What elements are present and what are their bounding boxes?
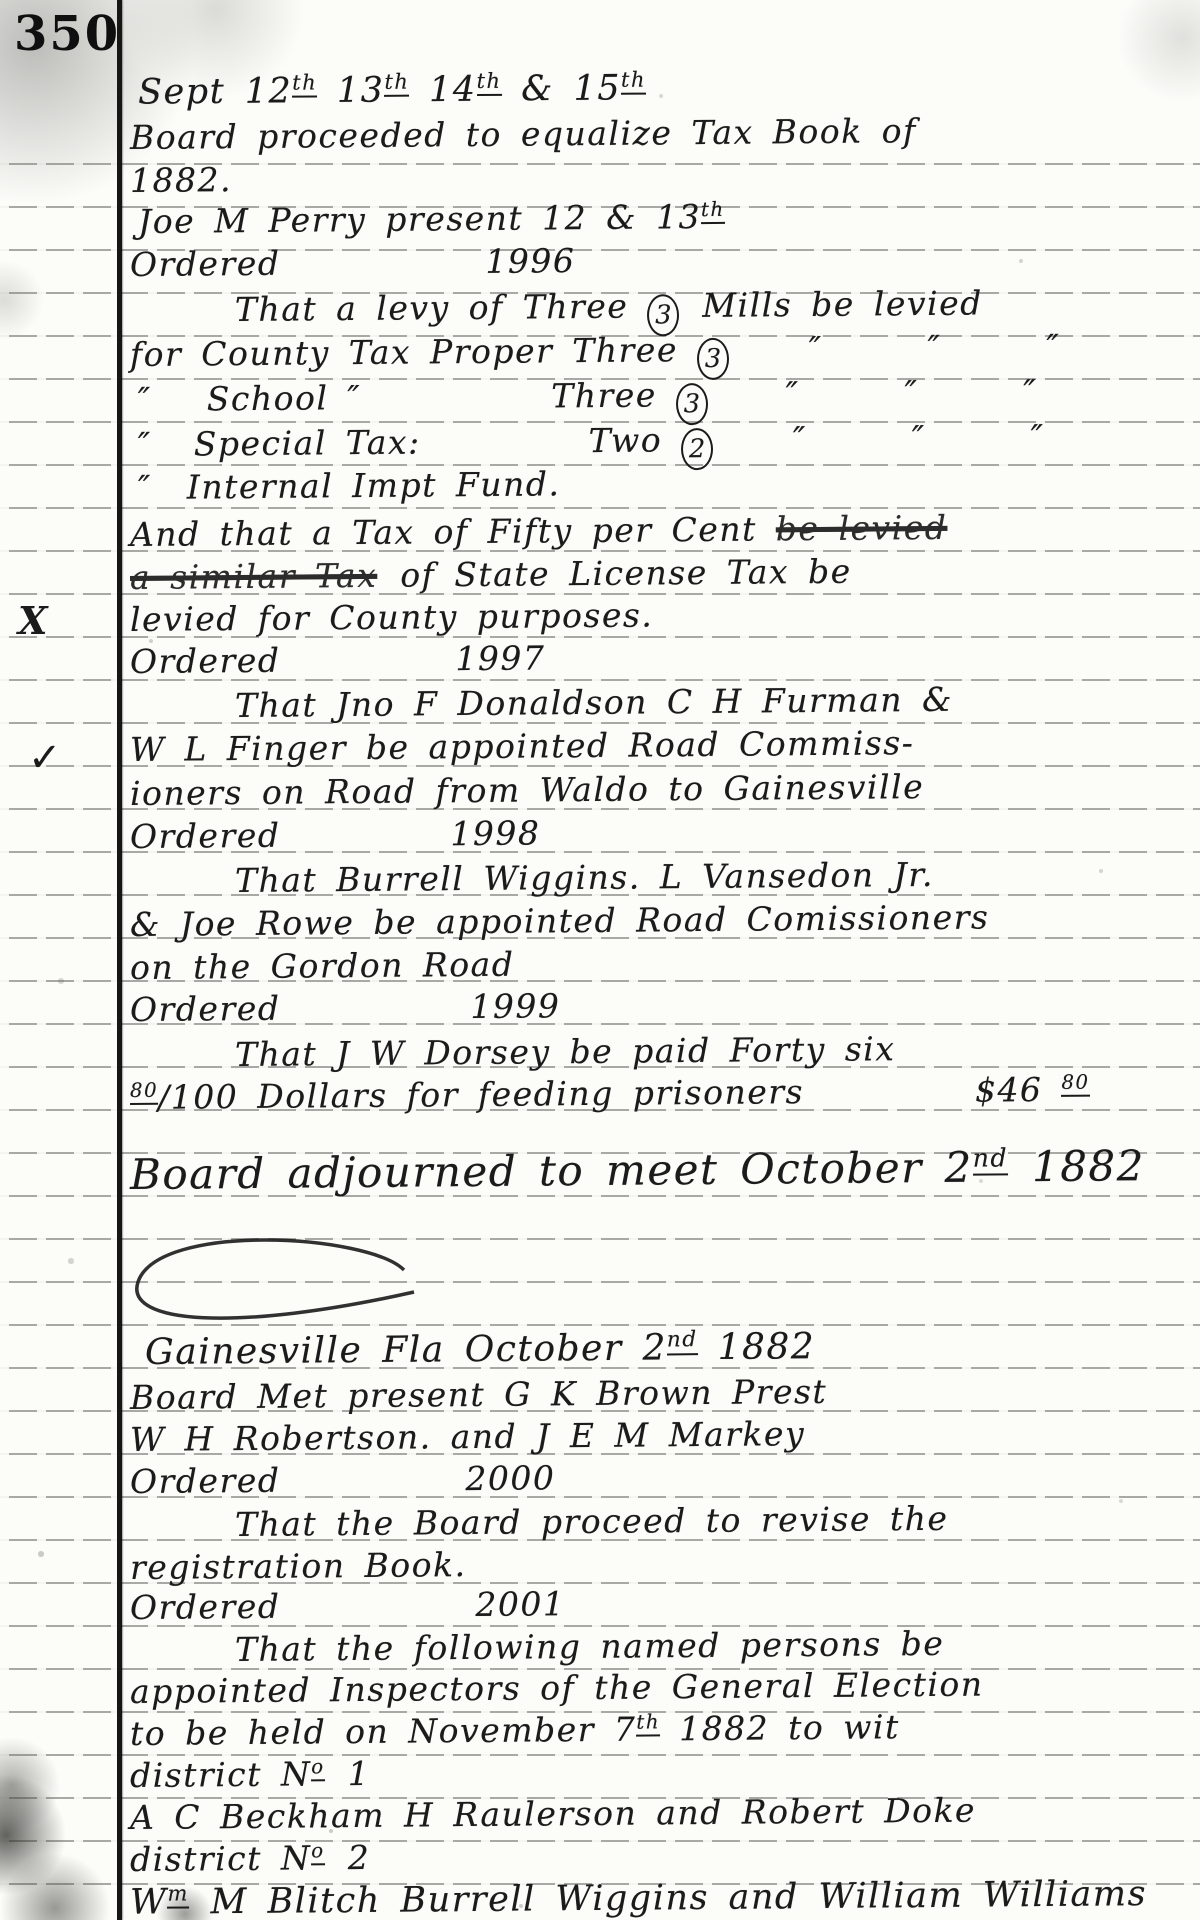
text-segment: 14 xyxy=(409,70,477,111)
text-segment: a similar Tax xyxy=(130,556,378,597)
text-segment: ″ xyxy=(793,419,807,458)
text-segment: That J W Dorsey be paid Forty six xyxy=(235,1029,896,1074)
text-segment: on the Gordon Road xyxy=(130,945,515,987)
text-segment: M Blitch Burrell Wiggins and William Wil… xyxy=(191,1874,1147,1920)
handwriting-line: registration Book. xyxy=(130,1545,467,1587)
text-segment: district N xyxy=(130,1754,312,1795)
text-segment: ″ xyxy=(1046,327,1060,366)
text-segment: Board Met present G K Brown Prest xyxy=(130,1372,828,1417)
text-segment: Special Tax: xyxy=(194,423,421,464)
text-segment: th xyxy=(621,68,646,95)
text-segment: That the Board proceed to revise the xyxy=(235,1499,949,1544)
text-segment: registration Book. xyxy=(130,1545,467,1587)
handwriting-line: Ordered1997 xyxy=(130,638,546,681)
handwriting-line: That the following named persons be xyxy=(235,1624,945,1669)
text-segment: ″ xyxy=(138,380,152,419)
text-segment: 1882 to wit xyxy=(660,1707,900,1748)
text-segment: to be held on November 7 xyxy=(130,1710,637,1753)
text-segment: levied for County purposes. xyxy=(130,595,654,639)
handwriting-line: And that a Tax of Fifty per Cent be levi… xyxy=(130,508,948,554)
handwriting-line: ioners on Road from Waldo to Gainesville xyxy=(130,767,924,813)
text-segment: Board adjourned to meet October 2 xyxy=(130,1143,973,1199)
text-segment: 1998 xyxy=(450,813,540,853)
text-segment: th xyxy=(701,198,725,224)
text-segment: ″ xyxy=(912,418,926,457)
text-segment: 1882. xyxy=(130,160,232,200)
handwriting-line: Ordered1996 xyxy=(130,241,576,284)
text-segment: o xyxy=(311,1755,325,1781)
text-segment: 13 xyxy=(317,71,385,112)
handwriting-line: a similar Tax of State License Tax be xyxy=(130,552,852,597)
text-segment: district N xyxy=(130,1838,312,1879)
text-segment: 2 xyxy=(329,1838,371,1877)
handwriting-line: That the Board proceed to revise the xyxy=(235,1499,949,1544)
handwriting-line: district No 2 xyxy=(130,1838,371,1879)
text-segment: Ordered xyxy=(130,1461,281,1501)
text-segment: Two xyxy=(588,420,681,460)
text-segment: th xyxy=(292,70,317,97)
handwriting-line: Ordered1998 xyxy=(130,813,541,856)
margin-mark-check: ✓ xyxy=(28,734,62,781)
text-segment: 1 xyxy=(329,1754,371,1793)
text-segment: W L Finger be appointed Road Commiss- xyxy=(130,723,915,769)
handwriting-line: Wm M Blitch Burrell Wiggins and William … xyxy=(130,1873,1147,1920)
text-segment: nd xyxy=(973,1143,1009,1175)
text-segment: ″ xyxy=(1023,372,1037,411)
text-segment: 1996 xyxy=(485,241,575,281)
handwriting-line: Joe M Perry present 12 & 13th xyxy=(138,197,725,241)
text-segment: School ″ xyxy=(207,378,362,418)
handwriting-line: on the Gordon Road xyxy=(130,945,515,987)
handwriting-line: A C Beckham H Raulerson and Robert Doke xyxy=(130,1791,976,1837)
handwriting-line: W L Finger be appointed Road Commiss- xyxy=(130,723,915,769)
text-segment: W H Robertson. and J E M Markey xyxy=(130,1414,805,1459)
text-segment: Mills be levied xyxy=(683,283,983,325)
handwriting-line: That Jno F Donaldson C H Furman & xyxy=(235,680,953,725)
handwriting-line: 80/100 Dollars for feeding prisoners$46 … xyxy=(130,1072,804,1117)
text-segment: ″ xyxy=(1031,417,1045,456)
text-segment: And that a Tax of Fifty per Cent xyxy=(130,509,776,554)
text-segment: 1882 xyxy=(697,1326,815,1368)
text-segment: m xyxy=(167,1881,189,1908)
text-segment: o xyxy=(311,1839,325,1865)
text-segment: Ordered xyxy=(130,641,281,681)
handwriting-content: Sept 12th 13th 14th & 15thBoard proceede… xyxy=(130,0,1190,1920)
handwriting-line: Ordered1999 xyxy=(130,986,561,1029)
handwriting-line: Sept 12th 13th 14th & 15th xyxy=(138,68,646,113)
handwriting-line: levied for County purposes. xyxy=(130,595,654,639)
handwriting-line: Board Met present G K Brown Prest xyxy=(130,1372,828,1417)
text-segment: & 15 xyxy=(501,68,621,109)
text-segment: 3 xyxy=(697,338,729,380)
margin-rule-line xyxy=(117,0,122,1920)
text-segment: That Burrell Wiggins. L Vansedon Jr. xyxy=(235,855,934,900)
paper-specks xyxy=(0,0,2,2)
handwriting-line: That J W Dorsey be paid Forty six xyxy=(235,1029,896,1074)
handwriting-line: & Joe Rowe be appointed Road Comissioner… xyxy=(130,898,990,944)
handwriting-line: ″Internal Impt Fund. xyxy=(138,464,561,507)
text-segment: 2 xyxy=(681,428,713,470)
handwriting-line: to be held on November 7th 1882 to wit xyxy=(130,1707,900,1753)
ledger-page: 350 Sept 12th 13th 14th & 15thBoard proc… xyxy=(0,0,1200,1920)
text-segment: ″ xyxy=(904,373,918,412)
text-segment: That Jno F Donaldson C H Furman & xyxy=(235,680,953,725)
text-segment: ″ xyxy=(138,425,152,464)
text-segment: ″ xyxy=(809,329,823,368)
text-segment: & Joe Rowe be appointed Road Comissioner… xyxy=(130,898,990,944)
text-segment: ioners on Road from Waldo to Gainesville xyxy=(130,767,924,813)
text-segment: ″ xyxy=(928,328,942,367)
text-segment: 2001 xyxy=(475,1584,565,1624)
text-segment: th xyxy=(476,69,501,96)
handwriting-line: W H Robertson. and J E M Markey xyxy=(130,1414,805,1459)
text-segment: 1997 xyxy=(455,638,545,678)
text-segment: th xyxy=(636,1710,660,1736)
text-segment: 80 xyxy=(1061,1071,1089,1097)
text-segment: Sept 12 xyxy=(138,71,293,112)
text-segment: appointed Inspectors of the General Elec… xyxy=(130,1665,984,1711)
text-segment: Gainesville Fla October 2 xyxy=(145,1327,667,1373)
text-segment: 1882 xyxy=(1010,1141,1145,1191)
text-segment: Ordered xyxy=(130,989,281,1029)
text-segment: 1999 xyxy=(470,986,560,1026)
margin-mark-x: X xyxy=(18,598,47,643)
text-segment: for County Tax Proper Three xyxy=(130,330,697,374)
text-segment: W xyxy=(130,1882,168,1920)
text-segment: nd xyxy=(667,1327,698,1355)
text-segment: 80 xyxy=(130,1079,158,1105)
handwriting-line: That Burrell Wiggins. L Vansedon Jr. xyxy=(235,855,934,900)
text-segment: /100 Dollars for feeding prisoners xyxy=(158,1072,804,1117)
text-segment: of State License Tax be xyxy=(381,552,852,595)
text-segment: be levied xyxy=(776,508,948,548)
text-segment: That the following named persons be xyxy=(235,1624,945,1669)
text-segment: Board proceeded to equalize Tax Book of xyxy=(130,111,917,157)
text-segment: ″ xyxy=(138,468,152,507)
text-segment: A C Beckham H Raulerson and Robert Doke xyxy=(130,1791,976,1837)
handwriting-line: Board proceeded to equalize Tax Book of xyxy=(130,111,917,157)
text-segment: 3 xyxy=(676,383,708,425)
handwriting-line: 1882. xyxy=(130,160,232,200)
text-segment: Three xyxy=(551,375,676,415)
handwriting-line: Gainesville Fla October 2nd 1882 xyxy=(145,1326,816,1373)
text-segment: Ordered xyxy=(130,816,281,856)
text-segment: ″ xyxy=(786,374,800,413)
text-segment: Joe M Perry present 12 & 13 xyxy=(138,197,701,241)
text-segment: Ordered xyxy=(130,1587,281,1627)
text-segment: Internal Impt Fund. xyxy=(187,464,561,506)
text-segment: Ordered xyxy=(130,244,281,284)
handwriting-line: Ordered2000 xyxy=(130,1458,556,1501)
text-segment: $46 xyxy=(975,1070,1062,1110)
text-segment: th xyxy=(384,70,409,97)
text-segment: That a levy of Three xyxy=(235,286,648,329)
handwriting-line: Ordered2001 xyxy=(130,1584,566,1627)
handwriting-line: appointed Inspectors of the General Elec… xyxy=(130,1665,984,1711)
handwriting-line: Board adjourned to meet October 2nd 1882 xyxy=(130,1141,1145,1199)
handwriting-line: district No 1 xyxy=(130,1754,371,1795)
amount-value: $46 80 xyxy=(975,1070,1090,1110)
page-number: 350 xyxy=(14,6,120,62)
text-segment: 2000 xyxy=(465,1458,555,1498)
